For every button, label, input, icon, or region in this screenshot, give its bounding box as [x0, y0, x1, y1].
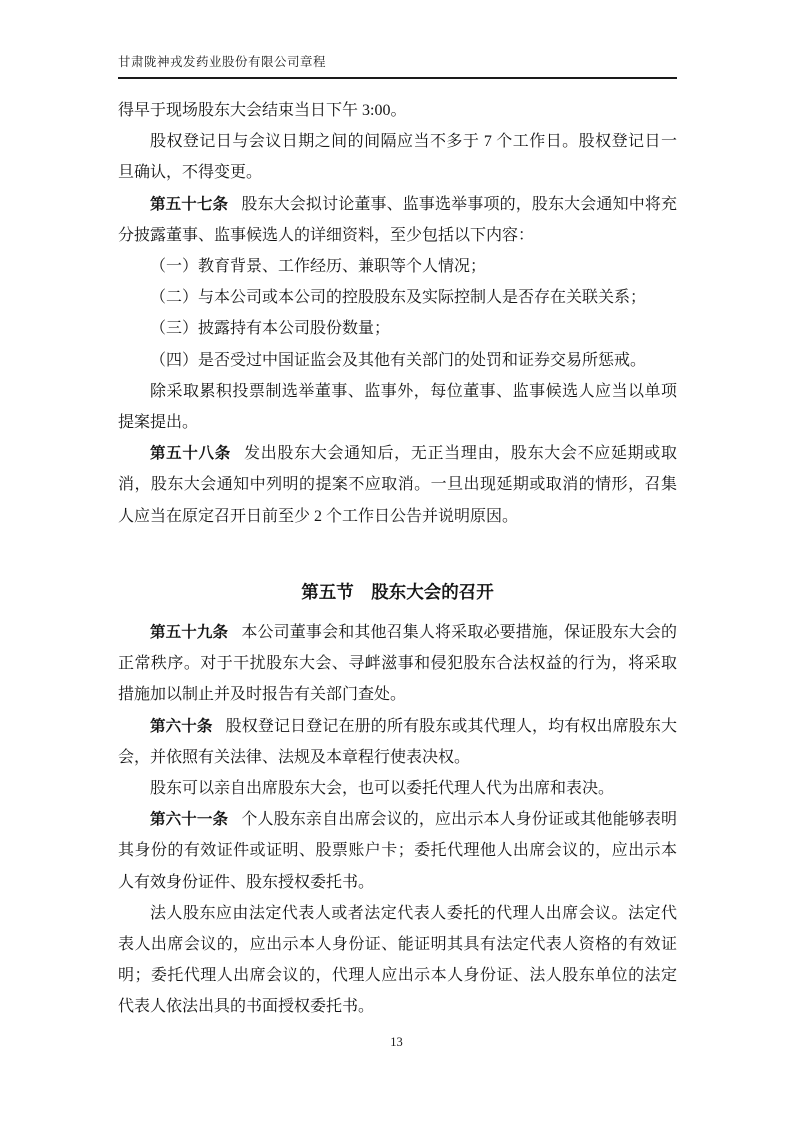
paragraph: 除采取累积投票制选举董事、监事外，每位董事、监事候选人应当以单项提案提出。	[118, 376, 677, 438]
paragraph: 法人股东应由法定代表人或者法定代表人委托的代理人出席会议。法定代表人出席会议的，…	[118, 898, 677, 1023]
section-heading: 第五节 股东大会的召开	[118, 577, 677, 608]
paragraph: 股权登记日与会议日期之间的间隔应当不多于 7 个工作日。股权登记日一旦确认，不得…	[118, 126, 677, 188]
list-item: （四）是否受过中国证监会及其他有关部门的处罚和证券交易所惩戒。	[118, 345, 677, 376]
paragraph-text: （三）披露持有本公司股份数量；	[150, 320, 390, 337]
paragraph: 第五十八条发出股东大会通知后，无正当理由，股东大会不应延期或取消，股东大会通知中…	[118, 438, 677, 532]
paragraph-text: 股权登记日与会议日期之间的间隔应当不多于 7 个工作日。股权登记日一旦确认，不得…	[118, 133, 677, 181]
list-item: （一）教育背景、工作经历、兼职等个人情况；	[118, 251, 677, 282]
article-term: 第五十七条	[150, 196, 228, 213]
paragraph-text: （二）与本公司或本公司的控股股东及实际控制人是否存在关联关系；	[150, 289, 646, 306]
document-page: 甘肃陇神戎发药业股份有限公司章程 得早于现场股东大会结束当日下午 3:00。 股…	[0, 0, 793, 1122]
article-term: 第六十条	[150, 718, 213, 735]
list-item: （二）与本公司或本公司的控股股东及实际控制人是否存在关联关系；	[118, 282, 677, 313]
page-number: 13	[0, 1035, 793, 1050]
paragraph-text: 法人股东应由法定代表人或者法定代表人委托的代理人出席会议。法定代表人出席会议的，…	[118, 905, 677, 1016]
paragraph: 第五十七条股东大会拟讨论董事、监事选举事项的，股东大会通知中将充分披露董事、监事…	[118, 189, 677, 251]
article-term: 第六十一条	[150, 811, 228, 828]
article-term: 第五十九条	[150, 624, 228, 641]
paragraph: 得早于现场股东大会结束当日下午 3:00。	[118, 95, 677, 126]
list-item: （三）披露持有本公司股份数量；	[118, 313, 677, 344]
paragraph-text: 除采取累积投票制选举董事、监事外，每位董事、监事候选人应当以单项提案提出。	[118, 383, 677, 431]
paragraph-text: （四）是否受过中国证监会及其他有关部门的处罚和证券交易所惩戒。	[150, 352, 646, 369]
paragraph: 第五十九条本公司董事会和其他召集人将采取必要措施，保证股东大会的正常秩序。对于干…	[118, 617, 677, 711]
paragraph: 第六十条股权登记日登记在册的所有股东或其代理人，均有权出席股东大会，并依照有关法…	[118, 711, 677, 773]
document-body: 得早于现场股东大会结束当日下午 3:00。 股权登记日与会议日期之间的间隔应当不…	[118, 95, 677, 1023]
paragraph: 第六十一条个人股东亲自出席会议的，应出示本人身份证或其他能够表明其身份的有效证件…	[118, 804, 677, 898]
paragraph: 股东可以亲自出席股东大会，也可以委托代理人代为出席和表决。	[118, 773, 677, 804]
paragraph-text: 得早于现场股东大会结束当日下午 3:00。	[118, 102, 406, 119]
paragraph-text: （一）教育背景、工作经历、兼职等个人情况；	[150, 258, 486, 275]
page-header-title: 甘肃陇神戎发药业股份有限公司章程	[118, 52, 677, 79]
paragraph-text: 股东可以亲自出席股东大会，也可以委托代理人代为出席和表决。	[150, 780, 614, 797]
article-term: 第五十八条	[150, 445, 231, 462]
